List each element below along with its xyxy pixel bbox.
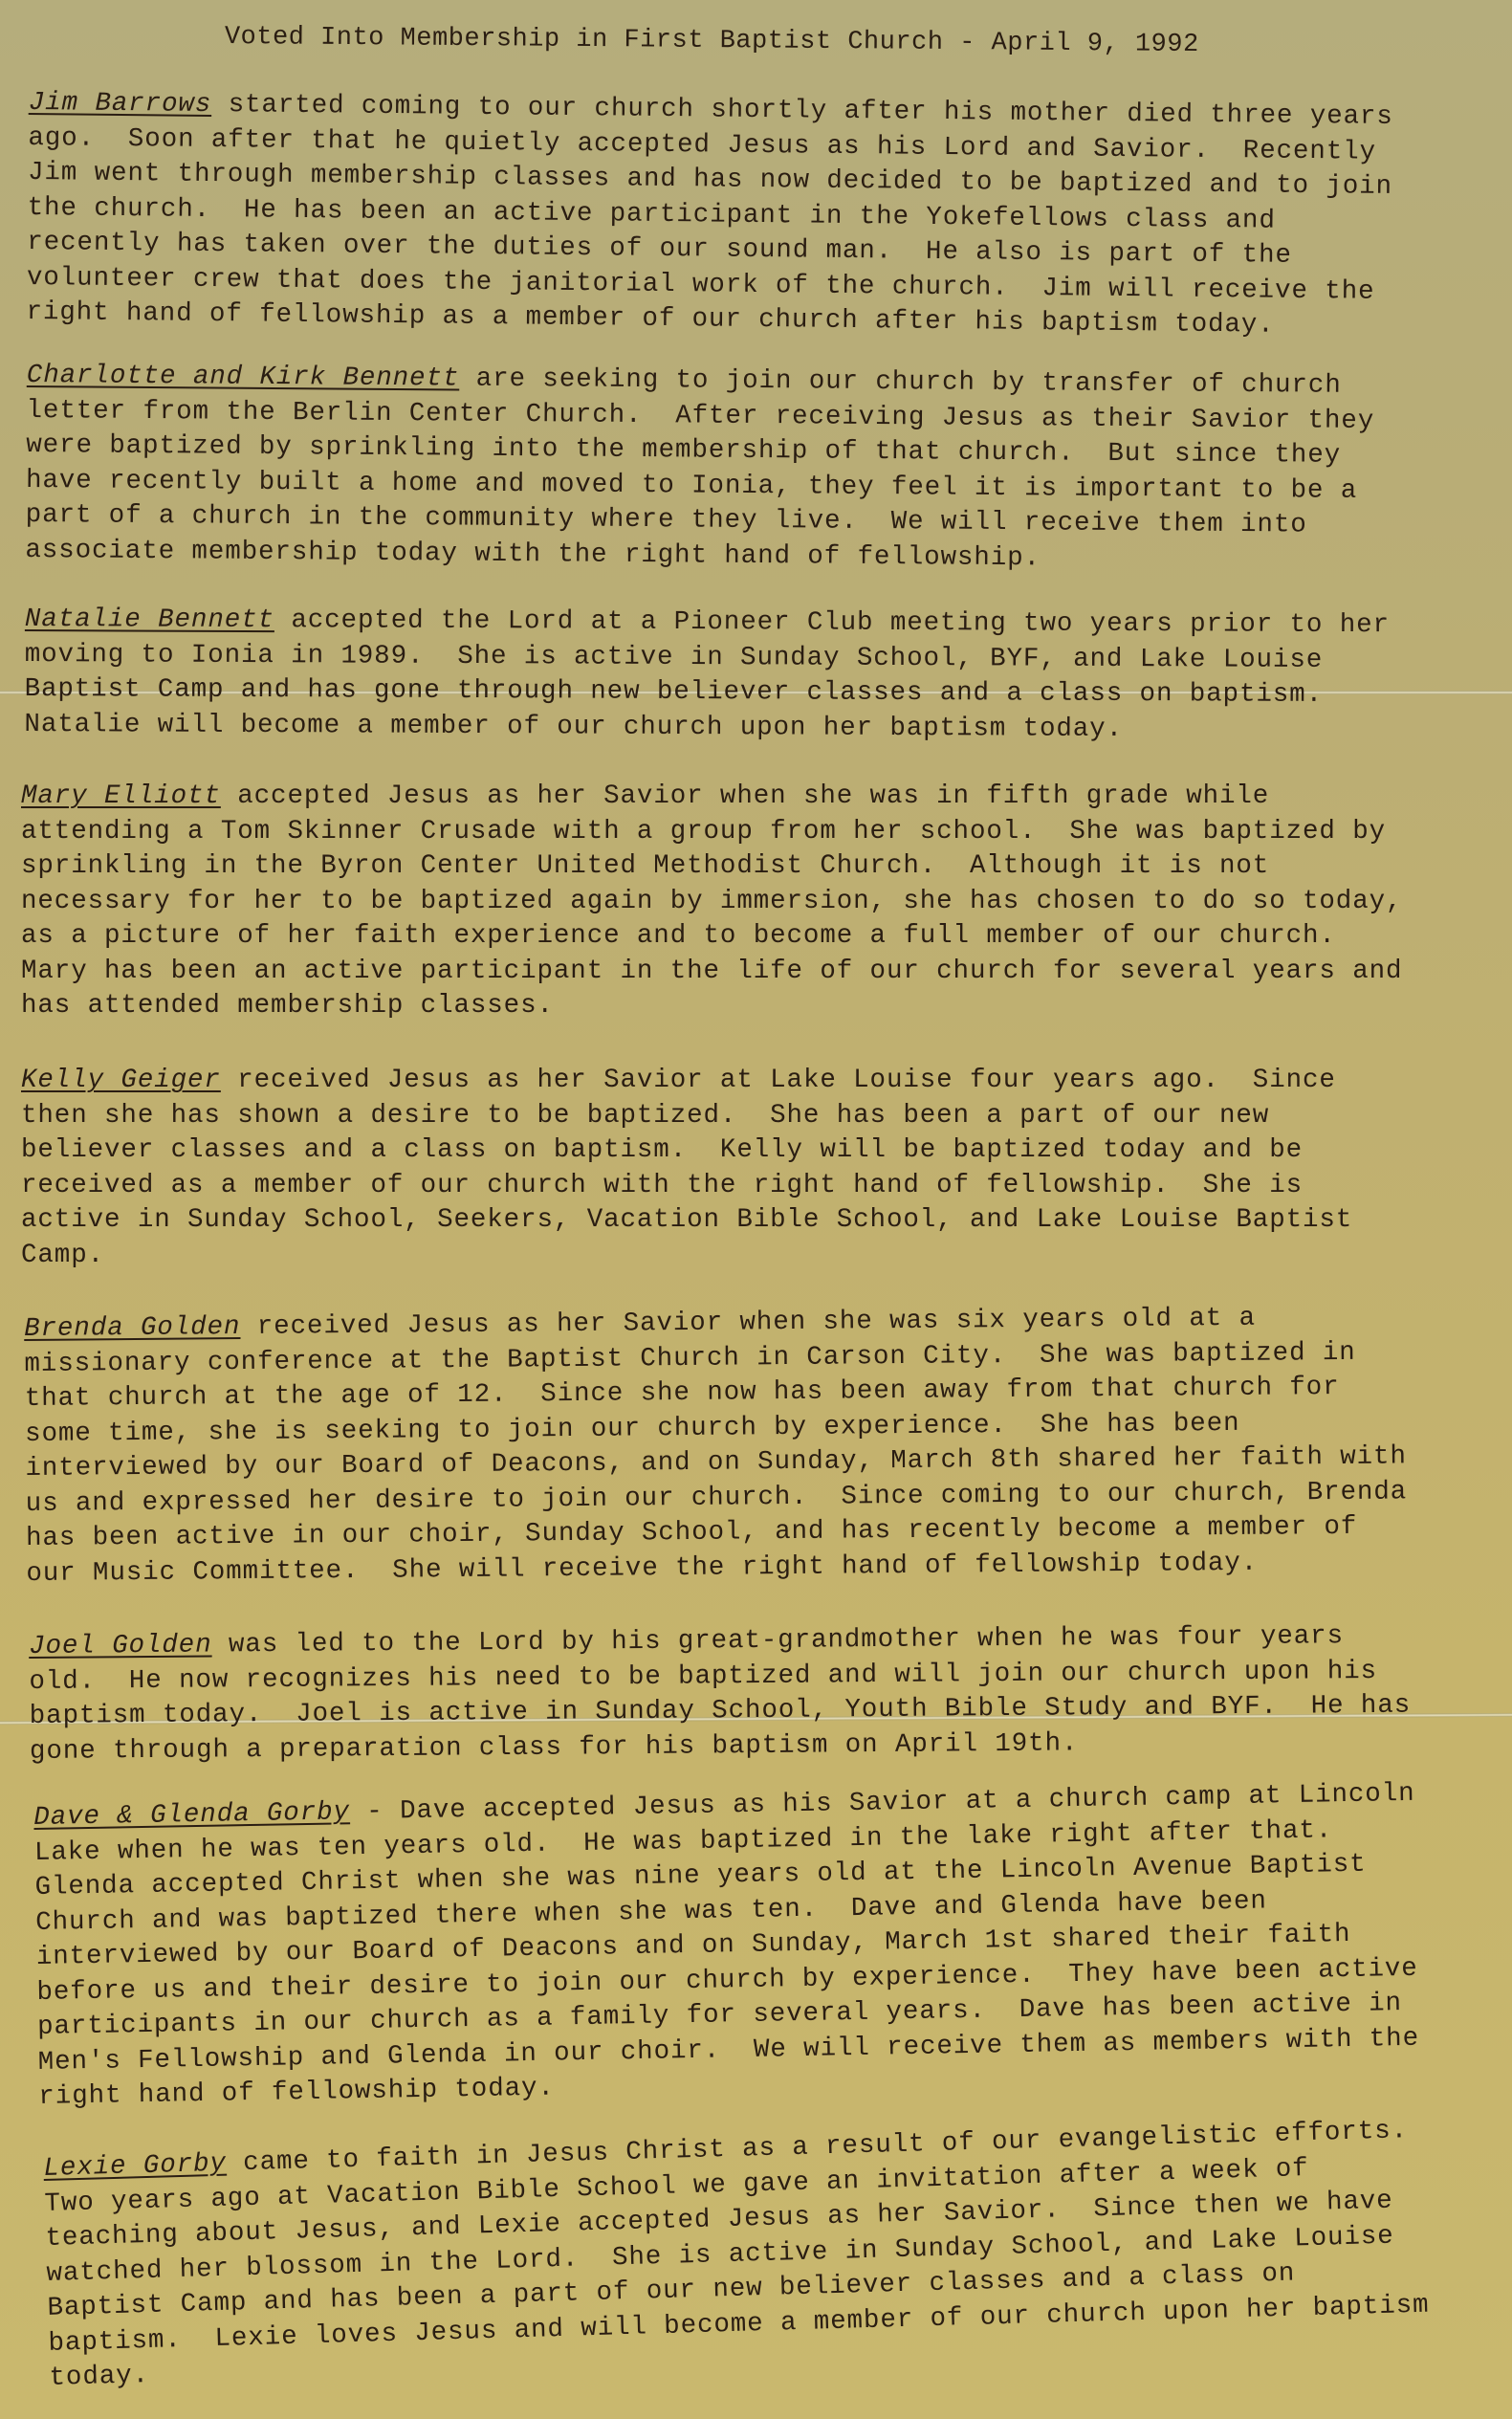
- entry-line: sprinkling in the Byron Center United Me…: [21, 849, 1402, 885]
- entry-text: received Jesus as her Savior at Lake Lou…: [221, 1066, 1336, 1095]
- member-entry: Charlotte and Kirk Bennett are seeking t…: [25, 359, 1374, 579]
- entry-text: as a picture of her faith experience and…: [21, 921, 1336, 951]
- entry-line: Camp.: [21, 1239, 1352, 1274]
- member-entry: Brenda Golden received Jesus as her Savi…: [24, 1300, 1408, 1592]
- entry-text: received Jesus as her Savior when she wa…: [240, 1304, 1256, 1342]
- member-name: Brenda Golden: [24, 1312, 241, 1344]
- typed-page: Voted Into Membership in First Baptist C…: [0, 0, 1512, 2419]
- entry-line: necessary for her to be baptized again b…: [21, 885, 1402, 920]
- member-entry: Mary Elliott accepted Jesus as her Savio…: [21, 780, 1402, 1024]
- entry-text: attending a Tom Skinner Crusade with a g…: [21, 817, 1386, 847]
- member-entry: Kelly Geiger received Jesus as her Savio…: [21, 1064, 1352, 1273]
- entry-text: believer classes and a class on baptism.…: [21, 1135, 1303, 1165]
- member-name: Dave & Glenda Gorby: [33, 1797, 350, 1833]
- entry-text: associate membership today with the righ…: [25, 535, 1041, 572]
- entry-text: necessary for her to be baptized again b…: [21, 887, 1402, 916]
- entry-text: part of a church in the community where …: [26, 500, 1307, 540]
- entry-text: accepted Jesus as her Savior when she wa…: [221, 781, 1269, 811]
- entry-line: has attended membership classes.: [21, 989, 1402, 1024]
- entry-line: believer classes and a class on baptism.…: [21, 1133, 1352, 1169]
- member-entry: Dave & Glenda Gorby - Dave accepted Jesu…: [33, 1777, 1420, 2116]
- member-entry: Natalie Bennett accepted the Lord at a P…: [24, 603, 1390, 748]
- member-name: Natalie Bennett: [25, 605, 274, 635]
- entry-text: Mary has been an active participant in t…: [21, 957, 1402, 986]
- entry-line: moving to Ionia in 1989. She is active i…: [25, 637, 1390, 678]
- entry-line: Mary Elliott accepted Jesus as her Savio…: [21, 780, 1402, 815]
- member-name: Joel Golden: [29, 1630, 212, 1661]
- entry-text: today.: [49, 2361, 149, 2393]
- entry-text: gone through a preparation class for his…: [30, 1728, 1079, 1767]
- entry-text: moving to Ionia in 1989. She is active i…: [25, 639, 1324, 674]
- page-title: Voted Into Membership in First Baptist C…: [225, 23, 1199, 59]
- member-entry: Lexie Gorby came to faith in Jesus Chris…: [43, 2114, 1431, 2397]
- entry-line: then she has shown a desire to be baptiz…: [21, 1099, 1352, 1134]
- member-name: Kelly Geiger: [21, 1066, 221, 1095]
- member-entry: Jim Barrows started coming to our church…: [26, 86, 1393, 344]
- entry-text: Natalie will become a member of our chur…: [24, 709, 1123, 743]
- entry-text: right hand of fellowship today.: [38, 2074, 555, 2112]
- member-entry: Joel Golden was led to the Lord by his g…: [29, 1619, 1412, 1770]
- entry-line: active in Sunday School, Seekers, Vacati…: [21, 1203, 1352, 1239]
- entry-line: Baptist Camp and has gone through new be…: [25, 672, 1390, 714]
- entry-text: sprinkling in the Byron Center United Me…: [21, 851, 1269, 881]
- entry-line: received as a member of our church with …: [21, 1169, 1352, 1204]
- entry-text: were baptized by sprinkling into the mem…: [26, 430, 1341, 471]
- entry-line: Natalie will become a member of our chur…: [24, 707, 1389, 748]
- entry-line: as a picture of her faith experience and…: [21, 919, 1402, 955]
- entry-text: received as a member of our church with …: [21, 1171, 1303, 1200]
- entry-line: Mary has been an active participant in t…: [21, 955, 1402, 990]
- entry-text: then she has shown a desire to be baptiz…: [21, 1101, 1269, 1131]
- entry-text: was led to the Lord by his great-grandmo…: [211, 1621, 1344, 1660]
- entry-text: Camp.: [21, 1241, 104, 1270]
- entry-text: has attended membership classes.: [21, 991, 554, 1021]
- member-name: Charlotte and Kirk Bennett: [27, 361, 460, 394]
- entry-line: Kelly Geiger received Jesus as her Savio…: [21, 1064, 1352, 1099]
- entry-text: Baptist Camp and has gone through new be…: [25, 674, 1324, 710]
- entry-line: attending a Tom Skinner Crusade with a g…: [21, 815, 1402, 850]
- entry-text: accepted the Lord at a Pioneer Club meet…: [274, 605, 1390, 640]
- entry-line: Natalie Bennett accepted the Lord at a P…: [25, 603, 1390, 644]
- member-name: Mary Elliott: [21, 781, 221, 811]
- entry-text: active in Sunday School, Seekers, Vacati…: [21, 1205, 1352, 1235]
- member-name: Lexie Gorby: [43, 2149, 227, 2184]
- member-name: Jim Barrows: [29, 88, 212, 120]
- entry-text: are seeking to join our church by transf…: [459, 364, 1342, 401]
